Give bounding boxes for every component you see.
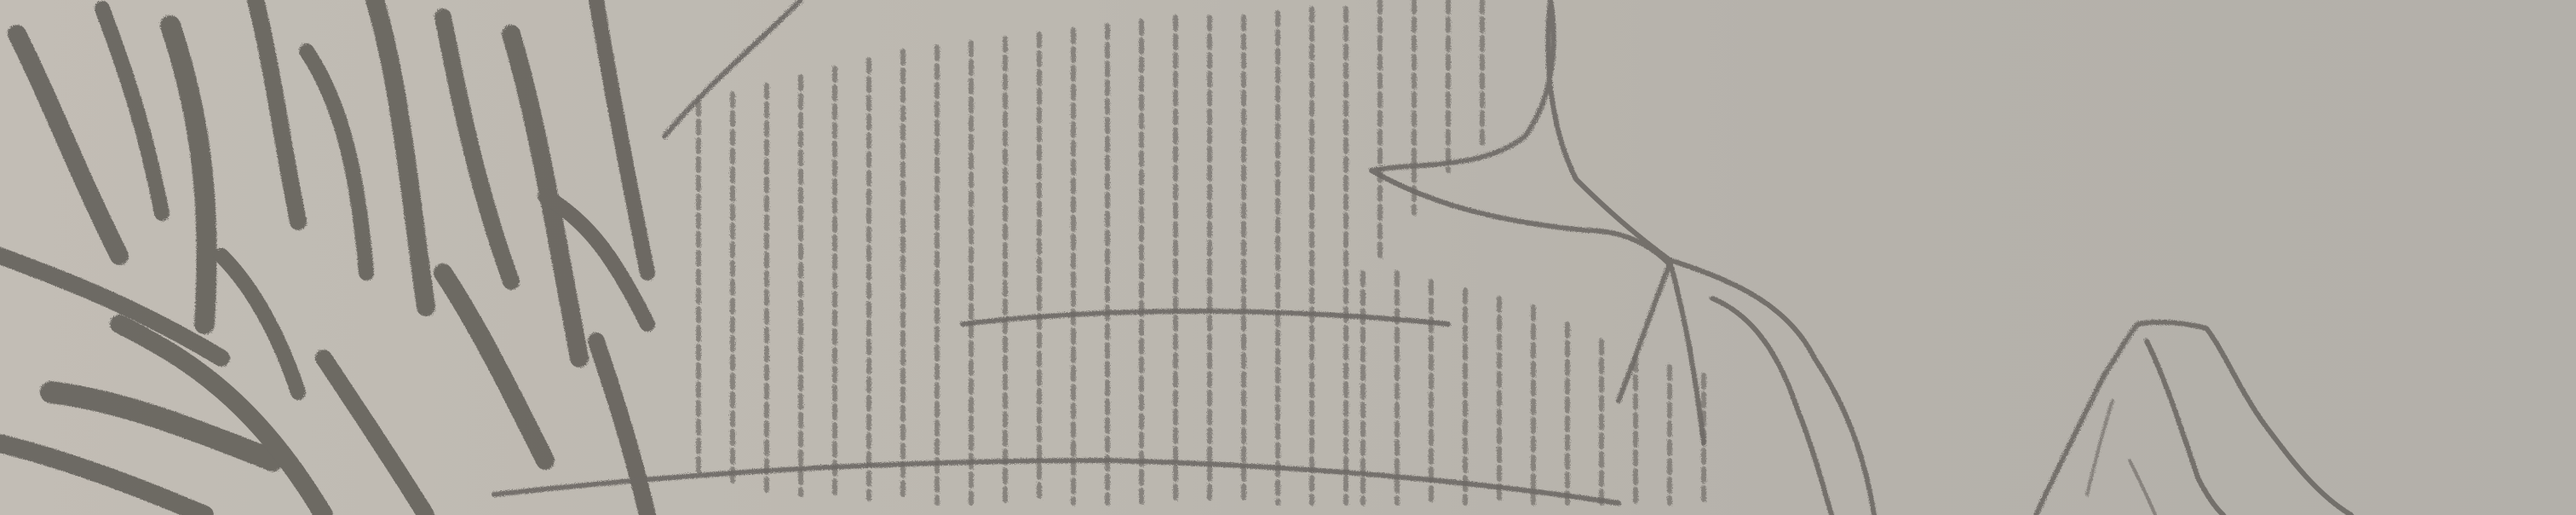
sketch-canvas [0, 0, 2576, 515]
pencil-drawing [0, 0, 2576, 515]
hatching-strokes [699, 0, 1704, 503]
peak-outline [2036, 322, 2351, 515]
foliage-strokes [0, 0, 647, 515]
